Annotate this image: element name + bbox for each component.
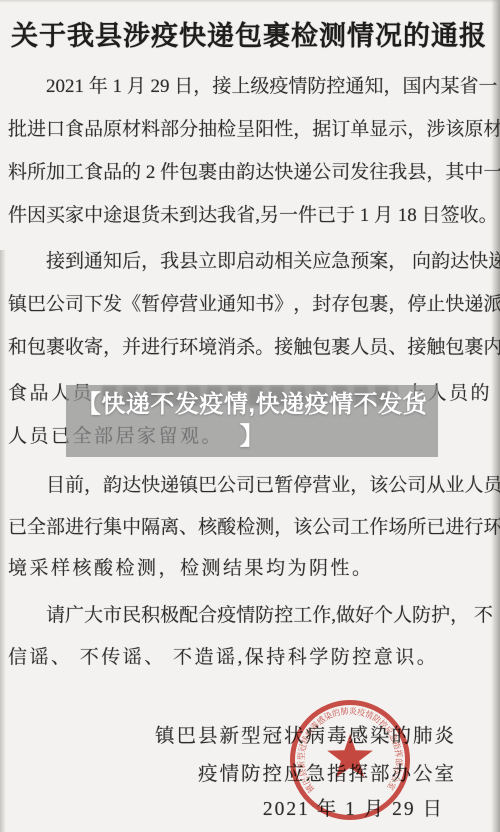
- page-edge-left: [0, 250, 6, 832]
- notice-line: 批进口食品原材料部分抽检呈阳性，据订单显示，涉该原材: [8, 115, 492, 145]
- notice-line: 料所加工食品的 2 件包裹由韵达快递公司发往我县，其中一: [8, 158, 492, 188]
- page-edge-top: [0, 0, 500, 3]
- banner-text-line1: 【快递不发疫情,快递疫情不发货: [77, 389, 427, 421]
- notice-line: 已全部进行集中隔离、核酸检测，该公司工作场所已进行环: [8, 513, 492, 543]
- notice-line: 信谣、 不传谣、 不造谣,保持科学防控意识。: [8, 643, 492, 673]
- seal-star-icon: [327, 734, 373, 777]
- official-seal: 镇巴县新型冠状病毒感染的肺炎疫情防控应急指挥部办公室: [287, 697, 413, 823]
- notice-line: 2021 年 1 月 29 日，接上级疫情防控通知，国内某省一: [8, 72, 492, 102]
- notice-line: 镇巴公司下发《暂停营业通知书》，封存包裹，停止快递派送: [8, 290, 492, 320]
- notice-line: 目前，韵达快递镇巴公司已暂停营业，该公司从业人员: [8, 471, 492, 501]
- notice-line: 请广大市民积极配合疫情防控工作,做好个人防护， 不: [8, 601, 492, 631]
- scanned-notice-page: 关于我县涉疫快递包裹检测情况的通报 2021 年 1 月 29 日，接上级疫情防…: [0, 0, 500, 832]
- notice-line: 和包裹收寄，并进行环境消杀。接触包裹人员、接触包裹内: [8, 333, 492, 363]
- banner-text-line2: 】: [240, 421, 265, 453]
- censor-banner: 【快递不发疫情,快递疫情不发货 】: [66, 385, 438, 457]
- notice-title: 关于我县涉疫快递包裹检测情况的通报: [10, 14, 488, 58]
- notice-line: 接到通知后，我县立即启动相关应急预案， 向韵达快递: [8, 247, 492, 277]
- notice-line: 件因买家中途退货未到达我省,另一件已于 1 月 18 日签收。: [8, 201, 492, 231]
- notice-line: 境采样核酸检测，检测结果均为阴性。: [8, 554, 492, 584]
